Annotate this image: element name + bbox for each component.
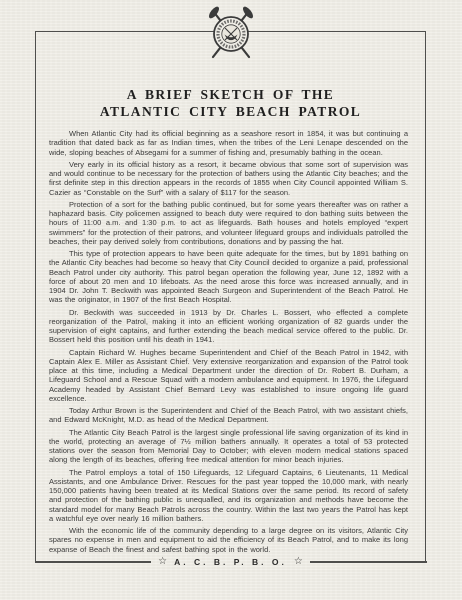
footer-rule-row: ☆ A. C. B. P. B. O. ☆ <box>35 556 427 568</box>
star-icon: ☆ <box>151 556 174 568</box>
paragraph: This type of protection appears to have … <box>49 249 408 305</box>
paragraph: The Patrol employs a total of 150 Lifegu… <box>49 468 408 524</box>
star-icon: ☆ <box>287 556 310 568</box>
beach-patrol-emblem <box>203 5 259 63</box>
page-border-frame: A BRIEF SKETCH OF THE ATLANTIC CITY BEAC… <box>35 31 426 562</box>
paragraph: The Atlantic City Beach Patrol is the la… <box>49 428 408 465</box>
paragraph: Dr. Beckwith was succeeded in 1913 by Dr… <box>49 308 408 345</box>
paragraph: Very early in its official history as a … <box>49 160 408 197</box>
paragraph: Today Arthur Brown is the Superintendent… <box>49 406 408 425</box>
scanned-page: A BRIEF SKETCH OF THE ATLANTIC CITY BEAC… <box>0 0 462 600</box>
footer-monogram: A. C. B. P. B. O. <box>174 556 287 568</box>
paragraph: Protection of a sort for the bathing pub… <box>49 200 408 246</box>
paragraph: With the economic life of the community … <box>49 526 408 554</box>
footer-rule-left <box>35 561 152 563</box>
page-title: A BRIEF SKETCH OF THE ATLANTIC CITY BEAC… <box>36 86 425 120</box>
page-title-line2: ATLANTIC CITY BEACH PATROL <box>36 103 425 120</box>
paragraph: When Atlantic City had its official begi… <box>49 129 408 157</box>
crossed-oars-seal-icon <box>203 5 259 63</box>
article-body: When Atlantic City had its official begi… <box>49 129 408 554</box>
paragraph: Captain Richard W. Hughes became Superin… <box>49 348 408 404</box>
page-title-line1: A BRIEF SKETCH OF THE <box>36 86 425 103</box>
footer-rule-right <box>310 561 427 563</box>
